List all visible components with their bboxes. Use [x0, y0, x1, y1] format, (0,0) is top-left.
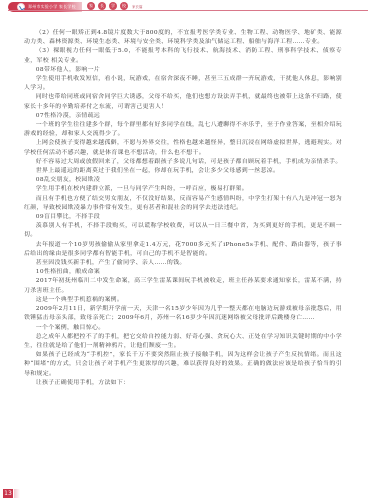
paragraph: 一个个案例，触目惊心。: [24, 324, 342, 333]
paragraph: 这是一个典型手机惹祸的案例。: [24, 296, 342, 305]
section-heading: 08乱交朋友，校园欺凌: [24, 176, 342, 185]
paragraph: 而且有手机也方便了结交男女朋友，不仅没好结果，反而容易产生感情纠纷，中学生打架十…: [24, 195, 342, 213]
paragraph: 2009年2月11日，新学期开学前一天，天津一名15岁少年因为几乎一整天都在电脑…: [24, 305, 342, 323]
paragraph: 一个班的学生往往建多个群，每个群里都有好多同学在线，乱七八遭聊得不亦乐乎，至于作…: [24, 121, 342, 139]
section-heading: 09盲目攀比，不择手段: [24, 213, 342, 222]
paragraph: 上网会使孩子变得越来越孤僻，不愿与外界交往，性格也越来越怪异，整日沉浸在网络虚拟…: [24, 139, 342, 157]
page-header: 郑州市实验小学 家长学校 家 长 学 校 家长篇: [0, 0, 368, 14]
paragraph: 去年报道一个10岁男孩偷偷从家里拿走1.4万元，花7000多元买了iPhone5…: [24, 241, 342, 259]
page-number: 13: [3, 489, 13, 498]
badge-circle: 家: [87, 2, 95, 10]
paragraph: （2）任何一眼矫正到4.8镜片度数大于800度的，不宜报考医学类专业、生物工程、…: [24, 29, 342, 47]
section-badges: 家 长 学 校 家长篇: [87, 2, 143, 10]
paragraph: 世界上最遥远的距离莫过于我们坐在一起，你却在玩手机，会让多少父母感到一丝悲凉。: [24, 167, 342, 176]
paragraph: 好不容易过大周或放假回来了，父母都想着跟孩子多说几句话，可是孩子都自顾玩着手机，…: [24, 158, 342, 167]
paragraph: 羡慕别人有手机，不择手段购买，可以谎称学校收费，可以从一日三餐中省，为买到更好的…: [24, 222, 342, 240]
badge-circle: 学: [109, 2, 117, 10]
article-body: （2）任何一眼矫正到4.8镜片度数大于800度的，不宜报考医学类专业、生物工程、…: [24, 29, 342, 388]
paragraph: 让孩子正确使用手机，方法如下：: [24, 379, 342, 388]
paragraph: 2017年初抚州临川二中发生命案，高三学生雷某课间玩手机被收走，班主任孙某要求通…: [24, 277, 342, 295]
paragraph: 如果孩子已经成为“手机控”，家长千万不要突然阻止孩子接触手机，因为这样会让孩子产…: [24, 351, 342, 379]
paragraph: 同时也带给同班或同宿舍同学巨大诱惑，父母不给买，他们也想方设法弄手机，就最终也被…: [24, 93, 342, 111]
paragraph: 总之成年人都把控不了的手机，把它交给自控能力弱、好奇心强、贪玩心大、正处在学习知…: [24, 333, 342, 351]
section-heading: 10性格扭曲，酿成命案: [24, 268, 342, 277]
header-rule: [8, 10, 368, 11]
paragraph: 学生用手机在校内建群立派，一旦与同学产生纠纷，一呼百应，极易打群架。: [24, 185, 342, 194]
section-heading: 07性格冷漠，亲情疏远: [24, 112, 342, 121]
page-number-tab: [14, 489, 20, 498]
badge-circle: 长: [98, 2, 106, 10]
paragraph: 甚至因没钱买新手机，产生了偷同学、亲人……的钱。: [24, 259, 342, 268]
paragraph: （3）裸眼视力任何一眼低于5.0，不能报考本科的飞行技术、航海技术、消防工程、刑…: [24, 47, 342, 65]
paragraph: 学生使用手机收发短信，看小说，玩游戏，在宿舍深夜不睡，甚至三五成群一齐玩游戏，干…: [24, 75, 342, 93]
section-heading: 08带坏他人，影响一片: [24, 66, 342, 75]
badge-circle: 校: [120, 2, 128, 10]
